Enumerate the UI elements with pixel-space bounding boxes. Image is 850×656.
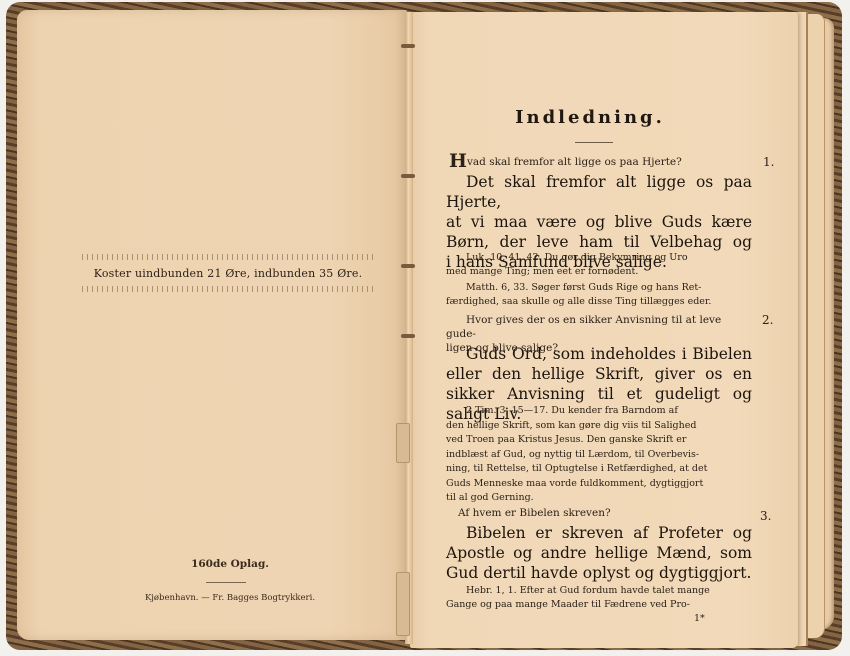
answer-line: Gud dertil havde oplyst og dygtiggjort. (446, 563, 752, 583)
binding-stitch (401, 44, 415, 48)
question-number: 1. (763, 155, 774, 169)
question-1: Hvad skal fremfor alt ligge os paa Hjert… (449, 150, 682, 172)
drop-initial: H (449, 150, 467, 172)
scripture-reference: 2 Tim. 3, 15—17. Du kender fra Barndom a… (446, 404, 752, 506)
answer-line: Guds Ord, som indeholdes i Bibelen (446, 344, 752, 364)
question-number: 3. (760, 509, 771, 523)
divider (575, 142, 613, 143)
answer-line: Bibelen er skreven af Profeter og (446, 523, 752, 543)
price-text: Koster uindbunden 21 Øre, indbunden 35 Ø… (80, 260, 376, 286)
binding-stitch (401, 174, 415, 178)
reference-line: 2 Tim. 3, 15—17. Du kender fra Barndom a… (446, 404, 752, 419)
wavy-rule (80, 254, 376, 260)
reference-line: den hellige Skrift, som kan gøre dig vii… (446, 419, 752, 434)
reference-line: Gange og paa mange Maader til Fædrene ve… (446, 598, 752, 612)
reference-line: til al god Gerning. (446, 491, 752, 506)
reference-line: Luk. 10, 41. 42. Du gør dig Bekymring og… (446, 251, 752, 265)
book-gutter (405, 12, 413, 644)
reference-line: Hebr. 1, 1. Efter at Gud fordum havde ta… (446, 584, 752, 598)
reference-line: færdighed, saa skulle og alle disse Ting… (446, 295, 752, 309)
wavy-rule (80, 286, 376, 292)
edition-label: 160de Oplag. (130, 558, 330, 570)
printer-imprint: Kjøbenhavn. — Fr. Bagges Bogtrykkeri. (105, 593, 355, 603)
divider (206, 582, 246, 583)
answer-line: at vi maa være og blive Guds kære (446, 212, 752, 232)
reference-line: med mange Ting; men eet er fornødent. (446, 265, 752, 279)
torn-paper-tab (396, 572, 410, 636)
reference-line: ved Troen paa Kristus Jesus. Den ganske … (446, 433, 752, 448)
reference-line: ning, til Rettelse, til Optugtelse i Ret… (446, 462, 752, 477)
binding-stitch (401, 334, 415, 338)
price-notice: Koster uindbunden 21 Øre, indbunden 35 Ø… (80, 254, 376, 292)
question-number: 2. (762, 313, 773, 327)
question-3: Af hvem er Bibelen skreven? (458, 507, 611, 519)
answer-line: Børn, der leve ham til Velbehag og (446, 232, 752, 252)
answer-line: Det skal fremfor alt ligge os paa Hjerte… (446, 172, 752, 212)
reference-line: Matth. 6, 33. Søger først Guds Rige og h… (446, 281, 752, 295)
signature-mark: 1* (694, 613, 705, 624)
scripture-reference: Luk. 10, 41. 42. Du gør dig Bekymring og… (446, 251, 752, 309)
torn-paper-tab (396, 423, 410, 463)
scripture-reference: Hebr. 1, 1. Efter at Gud fordum havde ta… (446, 584, 752, 612)
answer-line: eller den hellige Skrift, giver os en (446, 364, 752, 384)
chapter-title: Indledning. (440, 107, 740, 128)
answer-3: Bibelen er skreven af Profeter og Apostl… (446, 523, 752, 583)
answer-line: Apostle og andre hellige Mænd, som (446, 543, 752, 563)
question-line: Hvor gives der os en sikker Anvisning ti… (446, 313, 752, 341)
left-page (17, 10, 407, 640)
reference-line: Guds Menneske maa vorde fuldkomment, dyg… (446, 477, 752, 492)
binding-stitch (401, 264, 415, 268)
reference-line: indblæst af Gud, og nyttig til Lærdom, t… (446, 448, 752, 463)
